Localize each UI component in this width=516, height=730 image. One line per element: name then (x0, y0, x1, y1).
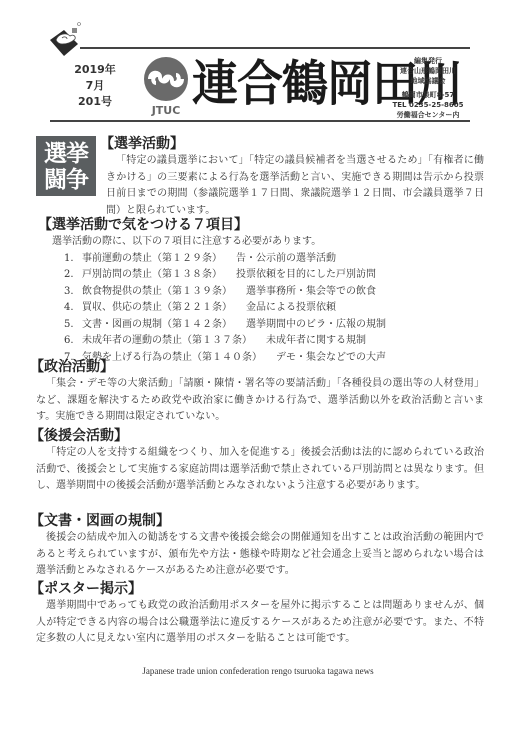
item-rule: 飲食物提供の禁止（第１３９条） (82, 286, 232, 297)
list-item: 3.飲食物提供の禁止（第１３９条）選挙事務所・集会等での飲食 (64, 284, 484, 301)
list-item: 4.買収、供応の禁止（第２２１条）金品による投票依頼 (64, 300, 484, 317)
issue-info: 2019年 7月 201号 (70, 62, 120, 110)
issue-year: 2019年 (70, 62, 120, 78)
publisher-line1: 編集発行 (378, 56, 478, 66)
publisher-building: 労働福合センター内 (378, 110, 478, 120)
body-political-activity: 「集会・デモ等の大衆活動」「請願・陳情・署名等の要請活動」「各種役員の選出等の人… (36, 376, 484, 426)
section-seven-items: 【選挙活動で気をつける７項目】 選挙活動の際に、以下の７項目に注意する必要があり… (44, 216, 484, 366)
list-item: 1.事前運動の禁止（第１２９条）告・公示前の選挙活動 (64, 251, 484, 268)
seven-items-intro: 選挙活動の際に、以下の７項目に注意する必要があります。 (44, 234, 484, 251)
body-documents: 後援会の結成や加入の勧誘をする文書や後援会総会の開催通知を出すことは政治活動の範… (36, 530, 484, 580)
publisher-line3: 地域協議会 (378, 76, 478, 86)
list-item: 6.未成年者の運動の禁止（第１３７条）未成年者に関する規制 (64, 333, 484, 350)
heading-posters: 【ポスター掲示】 (30, 580, 484, 598)
item-desc: 未成年者に関する規制 (266, 335, 366, 346)
list-item: 5.文書・図画の規制（第１４２条）選挙期間中のビラ・広報の規制 (64, 317, 484, 334)
section-political-activity: 【政治活動】 「集会・デモ等の大衆活動」「請願・陳情・署名等の要請活動」「各種役… (36, 358, 484, 426)
heading-documents: 【文書・図画の規制】 (30, 512, 484, 530)
jtuc-logo-icon: JTUC (142, 55, 190, 117)
item-rule: 買収、供応の禁止（第２２１条） (82, 302, 232, 313)
item-rule: 文書・図画の規制（第１４２条） (82, 319, 232, 330)
section-election-activity: 【選挙活動】 「特定の議員選挙において」「特定の議員候補者を当選させるため」「有… (106, 135, 484, 219)
footer-tagline: Japanese trade union confederation rengo… (0, 666, 516, 676)
heading-support-group: 【後援会活動】 (30, 427, 484, 445)
item-number: 6. (64, 333, 82, 350)
item-number: 2. (64, 267, 82, 284)
item-desc: 告・公示前の選挙活動 (236, 253, 336, 264)
publisher-info: 編集発行 連合山形鶴岡田川 地域協議会 鶴岡市泉町8-57 TEL 0235-2… (378, 56, 478, 120)
publisher-address: 鶴岡市泉町8-57 (378, 90, 478, 100)
item-rule: 戸別訪問の禁止（第１３８条） (82, 269, 222, 280)
section-posters: 【ポスター掲示】 選挙期間中であっても政党の政治活動用ポスターを屋外に掲示するこ… (36, 580, 484, 648)
section-support-group: 【後援会活動】 「特定の人を支持する組織をつくり、加入を促進する」後援会活動は法… (36, 427, 484, 495)
item-number: 5. (64, 317, 82, 334)
heading-political-activity: 【政治活動】 (30, 358, 484, 376)
item-number: 3. (64, 284, 82, 301)
svg-text:JTUC: JTUC (151, 104, 181, 117)
publisher-line2: 連合山形鶴岡田川 (378, 66, 478, 76)
item-rule: 事前運動の禁止（第１２９条） (82, 253, 222, 264)
item-desc: 選挙事務所・集会等での飲食 (246, 286, 376, 297)
publisher-tel: TEL 0235-25-8605 (378, 100, 478, 110)
section-documents: 【文書・図画の規制】 後援会の結成や加入の勧誘をする文書や後援会総会の開催通知を… (36, 512, 484, 580)
heading-seven-items: 【選挙活動で気をつける７項目】 (38, 216, 484, 234)
item-desc: 金品による投票依頼 (246, 302, 336, 313)
item-number: 1. (64, 251, 82, 268)
list-item: 2.戸別訪問の禁止（第１３８条）投票依頼を目的にした戸別訪問 (64, 267, 484, 284)
body-support-group: 「特定の人を支持する組織をつくり、加入を促進する」後援会活動は法的に認められてい… (36, 445, 484, 495)
item-number: 4. (64, 300, 82, 317)
header-rule-bottom (50, 120, 470, 122)
issue-number: 201号 (70, 94, 120, 110)
item-rule: 未成年者の運動の禁止（第１３７条） (82, 335, 252, 346)
heading-election-activity: 【選挙活動】 (100, 135, 484, 153)
body-posters: 選挙期間中であっても政党の政治活動用ポスターを屋外に掲示することは問題ありません… (36, 598, 484, 648)
issue-month: 7月 (70, 78, 120, 94)
dove-logo-icon (48, 22, 82, 58)
item-desc: 投票依頼を目的にした戸別訪問 (236, 269, 376, 280)
seven-items-list: 1.事前運動の禁止（第１２９条）告・公示前の選挙活動 2.戸別訪問の禁止（第１３… (44, 251, 484, 367)
item-desc: 選挙期間中のビラ・広報の規制 (246, 319, 386, 330)
body-election-activity: 「特定の議員選挙において」「特定の議員候補者を当選させるため」「有権者に働きかけ… (46, 153, 484, 219)
